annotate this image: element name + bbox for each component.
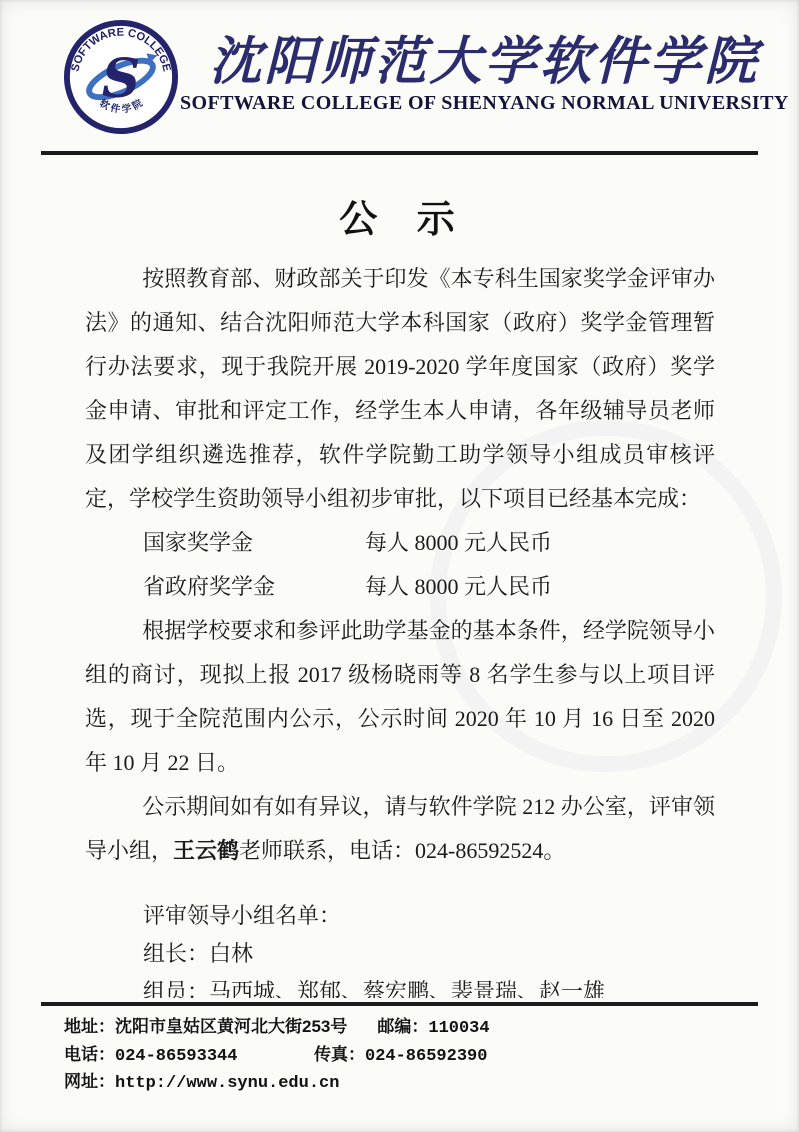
notice-title: 公 示 xyxy=(85,188,715,243)
fax-value: 024-86592390 xyxy=(365,1044,487,1070)
postcode-label: 邮编： xyxy=(377,1014,428,1040)
phone-value: 024-86593344 xyxy=(115,1044,237,1070)
review-committee-list: 评审领导小组名单： 组长： 白林 组员： 马西城、郑郁、蔡宏鹏、裴景瑞、赵一雄 … xyxy=(85,897,715,998)
footer-rule xyxy=(41,1002,758,1006)
scholarship-name: 省政府奖学金 xyxy=(143,565,365,609)
committee-leader-label: 组长： xyxy=(143,935,209,973)
notice-paragraph-1: 按照教育部、财政部关于印发《本专科生国家奖学金评审办法》的通知、结合沈阳师范大学… xyxy=(85,257,715,521)
committee-leader-name: 白林 xyxy=(209,935,253,973)
college-logo-emblem: SOFTWARE COLLEGE S 软 件 学 院 xyxy=(62,18,180,136)
committee-members-line-1: 马西城、郑郁、蔡宏鹏、裴景瑞、赵一雄 xyxy=(209,973,605,998)
address-value: 沈阳市皇姑区黄河北大街253号 xyxy=(115,1014,347,1040)
scholarship-row-provincial: 省政府奖学金 每人 8000 元人民币 xyxy=(85,565,715,609)
committee-members-label: 组员： xyxy=(143,973,209,998)
fax-label: 传真： xyxy=(314,1042,365,1068)
address-label: 地址： xyxy=(64,1014,115,1040)
scholarship-amount: 每人 8000 元人民币 xyxy=(365,565,552,609)
footer-phone-row: 电话：024-86593344传真：024-86592390 xyxy=(64,1042,759,1070)
college-logo: SOFTWARE COLLEGE S 软 件 学 院 xyxy=(62,18,180,136)
college-name-english: SOFTWARE COLLEGE OF SHENYANG NORMAL UNIV… xyxy=(180,92,789,115)
college-name-chinese: 沈阳师范大学软件学院 xyxy=(180,35,789,90)
letterhead: SOFTWARE COLLEGE S 软 件 学 院 沈阳师范大学软件学院 SO… xyxy=(0,0,799,150)
footer-website-row: 网址：http://www.synu.edu.cn xyxy=(64,1069,759,1097)
scholarship-amount: 每人 8000 元人民币 xyxy=(365,521,552,565)
website-value: http://www.synu.edu.cn xyxy=(115,1071,339,1097)
phone-label: 电话： xyxy=(64,1042,115,1068)
notice-body: 公 示 按照教育部、财政部关于印发《本专科生国家奖学金评审办法》的通知、结合沈阳… xyxy=(85,170,715,998)
website-label: 网址： xyxy=(64,1069,115,1095)
footer-contact-block: 地址：沈阳市皇姑区黄河北大街253号邮编：110034 电话：024-86593… xyxy=(64,1014,759,1097)
notice-paragraph-2: 根据学校要求和参评此助学基金的基本条件，经学院领导小组的商讨，现拟上报 2017… xyxy=(85,609,715,785)
scholarship-row-national: 国家奖学金 每人 8000 元人民币 xyxy=(85,521,715,565)
committee-heading: 评审领导小组名单： xyxy=(143,897,715,935)
footer-address-row: 地址：沈阳市皇姑区黄河北大街253号邮编：110034 xyxy=(64,1014,759,1042)
logo-monogram: S xyxy=(102,47,140,110)
notice-page: SOFTWARE COLLEGE S 软 件 学 院 沈阳师范大学软件学院 SO… xyxy=(0,0,799,1132)
committee-members-names: 马西城、郑郁、蔡宏鹏、裴景瑞、赵一雄 冯思源、张安艺、刘家希、秦祚瀛 xyxy=(209,973,605,998)
notice-paragraph-3: 公示期间如有如有异议，请与软件学院 212 办公室，评审领导小组，王云鹤老师联系… xyxy=(85,785,715,873)
header-rule xyxy=(41,151,758,155)
committee-members-row: 组员： 马西城、郑郁、蔡宏鹏、裴景瑞、赵一雄 冯思源、张安艺、刘家希、秦祚瀛 xyxy=(143,973,715,998)
committee-leader-row: 组长： 白林 xyxy=(143,935,715,973)
postcode-value: 110034 xyxy=(428,1016,489,1042)
paragraph-3-tail: 老师联系，电话：024-86592524。 xyxy=(239,838,565,863)
scholarship-name: 国家奖学金 xyxy=(143,521,365,565)
letterhead-titles: 沈阳师范大学软件学院 SOFTWARE COLLEGE OF SHENYANG … xyxy=(180,35,795,116)
contact-teacher-name: 王云鹤 xyxy=(173,838,239,863)
